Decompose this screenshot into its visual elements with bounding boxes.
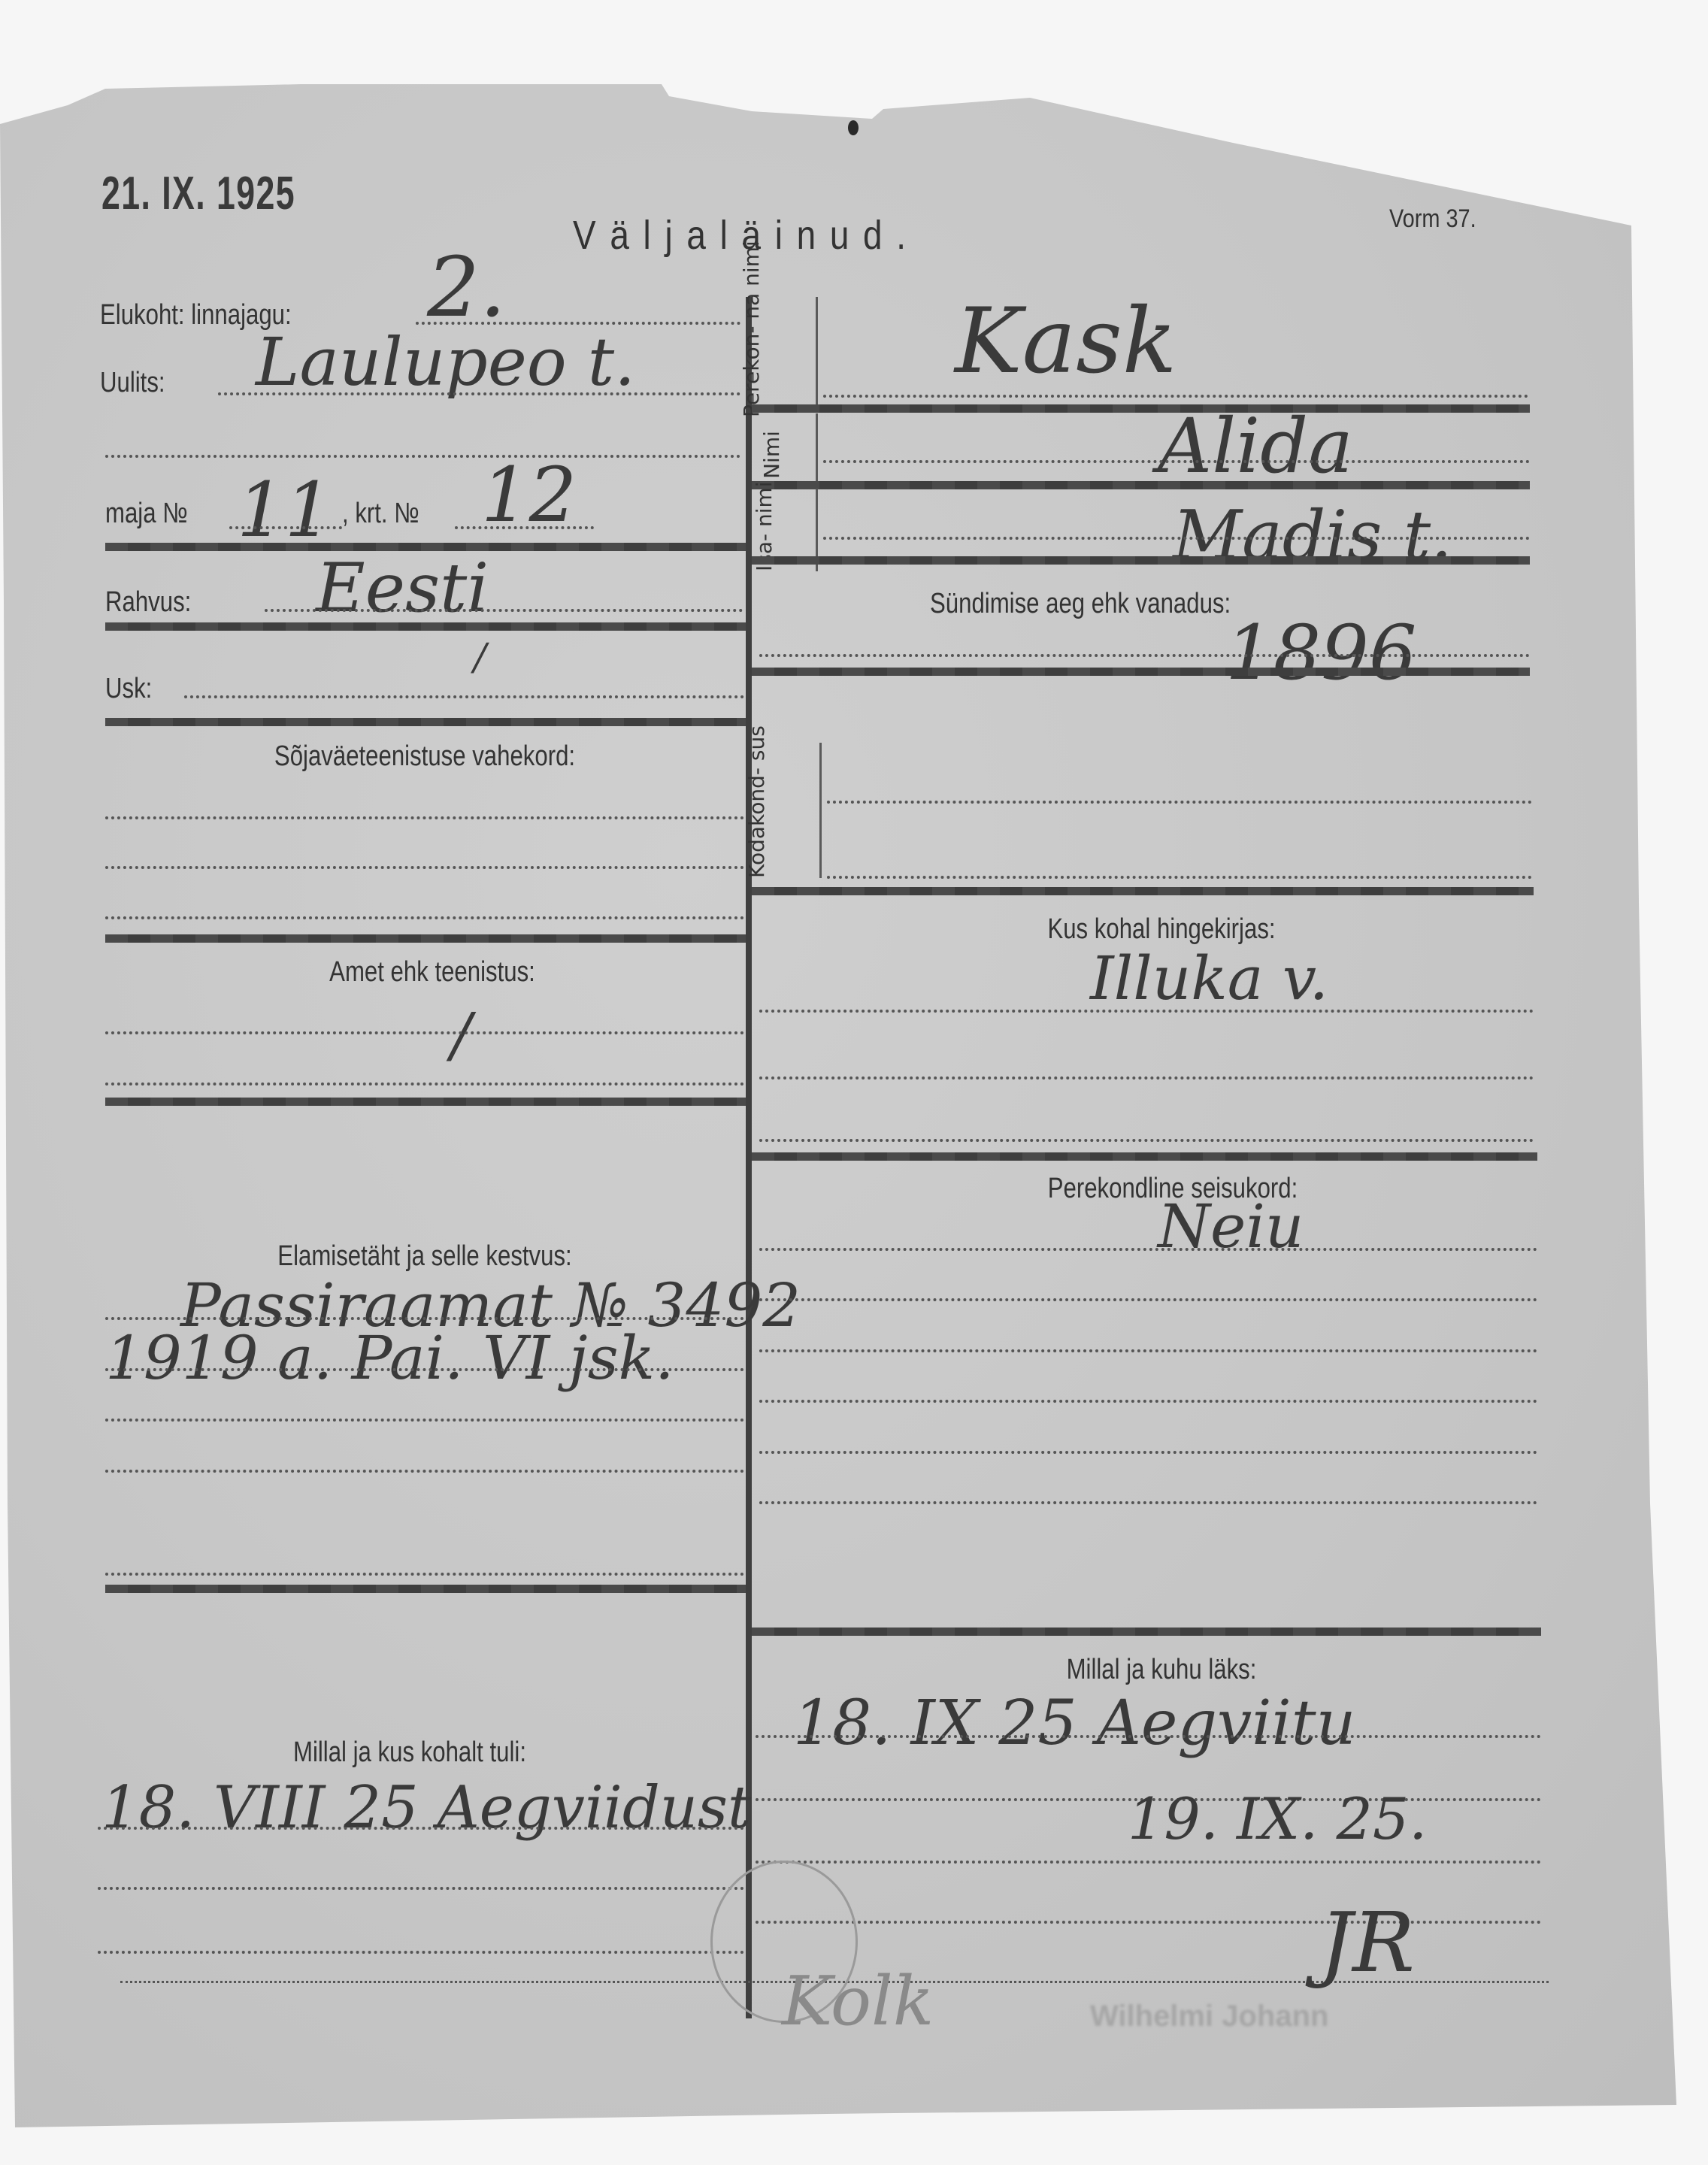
marital-status-line-2[interactable]: [759, 1298, 1537, 1301]
section-rule: [105, 718, 746, 726]
occupation-line-2[interactable]: [105, 1082, 744, 1086]
section-rule: [752, 481, 1530, 489]
residence-permit-line-1[interactable]: [105, 1317, 744, 1320]
soul-register-label: Kus kohal hingekirjas:: [1047, 913, 1275, 946]
house-number-label: maja №: [105, 498, 188, 530]
departure-label: Millal ja kuhu läks:: [1067, 1654, 1257, 1686]
marital-status-line-5[interactable]: [759, 1451, 1537, 1454]
section-rule: [752, 1628, 1541, 1636]
surname-handwritten: Kask: [955, 289, 1177, 394]
nationality-handwritten: Eesti: [316, 549, 489, 628]
section-rule: [105, 1585, 746, 1593]
section-rule: [105, 622, 746, 631]
arrival-line-2[interactable]: [98, 1887, 744, 1890]
residence-permit-line-3[interactable]: [105, 1419, 744, 1422]
arrival-line-1[interactable]: [98, 1827, 744, 1830]
ink-hole: [848, 120, 859, 135]
soul-register-line-3[interactable]: [759, 1139, 1534, 1142]
military-line-3[interactable]: [105, 916, 744, 919]
residence-permit-label: Elamisetäht ja selle kestvus:: [277, 1240, 571, 1273]
citizenship-side-label: Kodakond- sus: [744, 728, 770, 878]
section-rule: [752, 668, 1530, 676]
first-name-line[interactable]: [823, 460, 1530, 463]
pencil-signature: Kolk: [782, 1962, 934, 2041]
birth-date-line[interactable]: [759, 654, 1530, 657]
occupation-handwritten: /: [451, 1000, 471, 1070]
faded-stamp: Wilhelmi Johann: [1090, 2000, 1328, 2033]
official-signature: JR: [1319, 1894, 1415, 1991]
street-handwritten: Laulupeo t.: [256, 323, 635, 401]
birth-date-label: Sündimise aeg ehk vanadus:: [930, 588, 1231, 620]
departure-line-1[interactable]: [756, 1735, 1541, 1738]
arrival-line-3[interactable]: [98, 1951, 744, 1954]
section-rule: [105, 1098, 746, 1106]
apartment-number-label: , krt. №: [342, 498, 419, 530]
departure-date2-handwritten: 19. IX. 25.: [1128, 1785, 1427, 1852]
citizenship-line-1[interactable]: [827, 801, 1532, 804]
nationality-label: Rahvus:: [105, 586, 191, 619]
marital-status-handwritten: Neiu: [1158, 1192, 1304, 1261]
date-stamp: 21. IX. 1925: [101, 167, 295, 220]
street-line-2[interactable]: [105, 455, 740, 458]
marital-status-line-3[interactable]: [759, 1349, 1537, 1352]
surname-side-label: Perekon- na nimi: [739, 289, 765, 417]
occupation-line-1[interactable]: [105, 1031, 744, 1034]
marital-status-line-1[interactable]: [759, 1248, 1537, 1251]
form-number: Vorm 37.: [1389, 204, 1476, 234]
street-line[interactable]: [218, 392, 740, 395]
section-rule: [752, 556, 1530, 565]
section-rule: [752, 887, 1534, 895]
departure-line-4[interactable]: [756, 1921, 1541, 1924]
residence-permit-line-2[interactable]: [105, 1368, 744, 1371]
residence-permit-line2-handwritten: 1919 a. Pai. VI jsk.: [105, 1323, 674, 1393]
section-rule: [105, 934, 746, 943]
first-name-handwritten: Alida: [1158, 402, 1353, 490]
house-number-line[interactable]: [229, 526, 342, 529]
soul-register-line-2[interactable]: [759, 1076, 1534, 1079]
religion-handwritten: /: [474, 635, 486, 679]
nationality-line[interactable]: [265, 609, 743, 612]
birth-year-handwritten: 1896: [1225, 609, 1417, 697]
arrival-label: Millal ja kus kohalt tuli:: [293, 1737, 526, 1769]
military-status-label: Sõjaväeteenistuse vahekord:: [274, 740, 575, 773]
section-rule: [752, 404, 1530, 413]
soul-register-handwritten: Illuka v.: [1090, 943, 1328, 1013]
departure-line-3[interactable]: [756, 1861, 1541, 1864]
label-divider: [819, 743, 822, 878]
arrival-handwritten: 18. VIII 25 Aegviidust: [101, 1774, 751, 1842]
marital-status-line-6[interactable]: [759, 1501, 1537, 1504]
occupation-label: Amet ehk teenistus:: [329, 956, 535, 989]
military-line-1[interactable]: [105, 816, 744, 819]
departure-handwritten: 18. IX 25 Aegviitu: [793, 1688, 1356, 1759]
street-label: Uulits:: [100, 367, 165, 399]
apartment-number-line[interactable]: [455, 526, 594, 529]
district-number-handwritten: 2.: [427, 239, 506, 335]
marital-status-line-4[interactable]: [759, 1400, 1537, 1403]
patronymic-line[interactable]: [823, 537, 1530, 540]
military-line-2[interactable]: [105, 866, 744, 869]
section-rule: [752, 1152, 1537, 1161]
surname-line[interactable]: [823, 395, 1528, 398]
residence-permit-line-5[interactable]: [105, 1573, 744, 1576]
label-divider: [816, 297, 818, 410]
center-divider: [746, 297, 752, 2018]
residence-permit-line-4[interactable]: [105, 1470, 744, 1473]
religion-line[interactable]: [184, 695, 744, 698]
citizenship-line-2[interactable]: [827, 876, 1532, 879]
soul-register-line-1[interactable]: [759, 1010, 1534, 1013]
religion-label: Usk:: [105, 673, 152, 705]
house-number-handwritten: 11: [237, 466, 332, 554]
